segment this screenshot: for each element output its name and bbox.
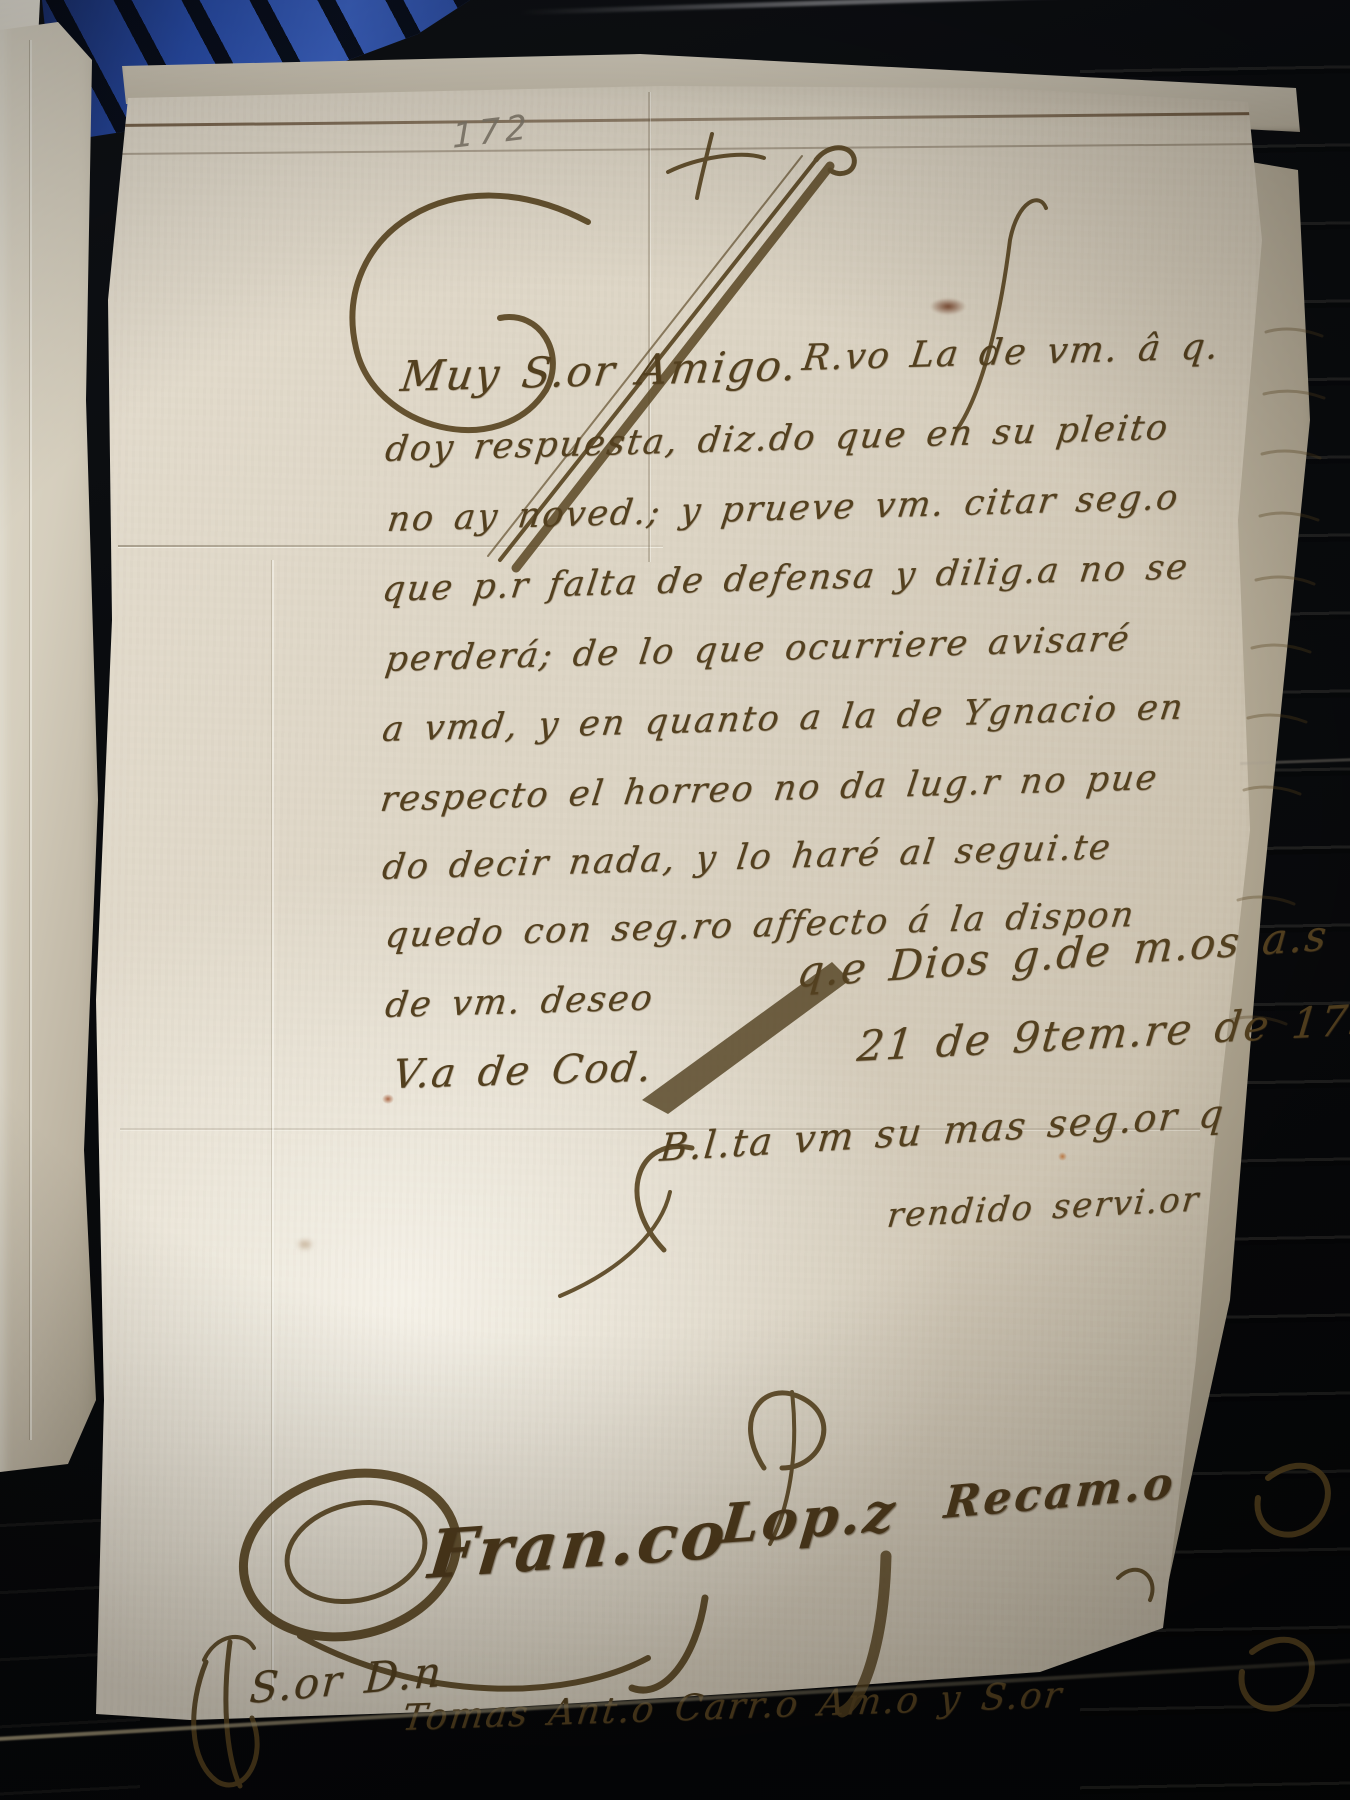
- margin-rubric: [1118, 1570, 1152, 1600]
- signature-rubric: [751, 1393, 824, 1468]
- letter-dateline-place: V.a de Cod.: [390, 1045, 656, 1098]
- address-flourish: [226, 1642, 240, 1786]
- margin-rubric: [1242, 1640, 1312, 1709]
- signature-rubric: [632, 1598, 705, 1690]
- signature-rubric: [276, 1488, 435, 1615]
- letter-line: de vm. deseo: [383, 978, 656, 1026]
- manuscript-photo: 172 Muy S.or Amigo. R.vo La de vm. â q. …: [0, 0, 1350, 1800]
- tall-letter-stroke: [958, 200, 1046, 428]
- cross-mark-icon: [697, 134, 712, 198]
- signature-middle-name: Lop.z: [718, 1479, 901, 1556]
- cross-mark-icon: [668, 155, 764, 172]
- closing-flourish: [560, 1192, 670, 1296]
- margin-rubric: [1258, 1466, 1328, 1535]
